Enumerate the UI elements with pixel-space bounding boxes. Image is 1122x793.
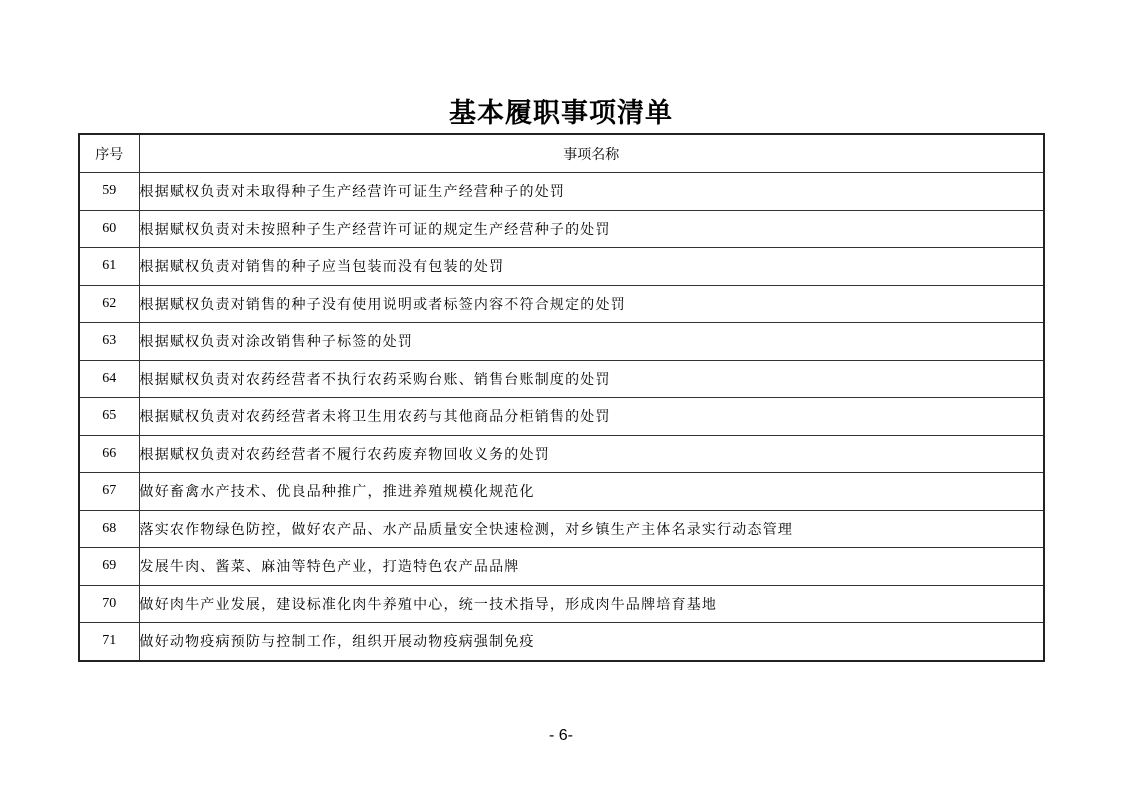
row-number: 64 (79, 360, 139, 398)
row-number: 67 (79, 473, 139, 511)
row-item-name: 做好动物疫病预防与控制工作，组织开展动物疫病强制免疫 (139, 623, 1044, 661)
row-number: 59 (79, 173, 139, 211)
table-row: 63 根据赋权负责对涂改销售种子标签的处罚 (79, 323, 1044, 361)
table-row: 68 落实农作物绿色防控，做好农产品、水产品质量安全快速检测，对乡镇生产主体名录… (79, 510, 1044, 548)
row-item-name: 做好畜禽水产技术、优良品种推广，推进养殖规模化规范化 (139, 473, 1044, 511)
duties-table: 序号 事项名称 59 根据赋权负责对未取得种子生产经营许可证生产经营种子的处罚 … (78, 133, 1045, 662)
row-number: 63 (79, 323, 139, 361)
row-number: 62 (79, 285, 139, 323)
row-item-name: 根据赋权负责对农药经营者不履行农药废弃物回收义务的处罚 (139, 435, 1044, 473)
page-number: - 6- (0, 727, 1122, 745)
row-item-name: 落实农作物绿色防控，做好农产品、水产品质量安全快速检测，对乡镇生产主体名录实行动… (139, 510, 1044, 548)
row-item-name: 根据赋权负责对农药经营者未将卫生用农药与其他商品分柜销售的处罚 (139, 398, 1044, 436)
document-title: 基本履职事项清单 (0, 96, 1122, 132)
row-item-name: 根据赋权负责对未按照种子生产经营许可证的规定生产经营种子的处罚 (139, 210, 1044, 248)
table-row: 59 根据赋权负责对未取得种子生产经营许可证生产经营种子的处罚 (79, 173, 1044, 211)
row-item-name: 根据赋权负责对销售的种子没有使用说明或者标签内容不符合规定的处罚 (139, 285, 1044, 323)
row-number: 65 (79, 398, 139, 436)
table-row: 71 做好动物疫病预防与控制工作，组织开展动物疫病强制免疫 (79, 623, 1044, 661)
row-number: 71 (79, 623, 139, 661)
table-row: 62 根据赋权负责对销售的种子没有使用说明或者标签内容不符合规定的处罚 (79, 285, 1044, 323)
table-row: 66 根据赋权负责对农药经营者不履行农药废弃物回收义务的处罚 (79, 435, 1044, 473)
row-item-name: 根据赋权负责对未取得种子生产经营许可证生产经营种子的处罚 (139, 173, 1044, 211)
table-row: 60 根据赋权负责对未按照种子生产经营许可证的规定生产经营种子的处罚 (79, 210, 1044, 248)
row-number: 66 (79, 435, 139, 473)
row-number: 60 (79, 210, 139, 248)
table-row: 61 根据赋权负责对销售的种子应当包装而没有包装的处罚 (79, 248, 1044, 286)
table-row: 65 根据赋权负责对农药经营者未将卫生用农药与其他商品分柜销售的处罚 (79, 398, 1044, 436)
header-serial-number: 序号 (79, 134, 139, 173)
row-number: 61 (79, 248, 139, 286)
table-row: 70 做好肉牛产业发展，建设标准化肉牛养殖中心，统一技术指导，形成肉牛品牌培育基… (79, 585, 1044, 623)
row-item-name: 根据赋权负责对农药经营者不执行农药采购台账、销售台账制度的处罚 (139, 360, 1044, 398)
row-number: 70 (79, 585, 139, 623)
table-row: 64 根据赋权负责对农药经营者不执行农药采购台账、销售台账制度的处罚 (79, 360, 1044, 398)
row-item-name: 根据赋权负责对销售的种子应当包装而没有包装的处罚 (139, 248, 1044, 286)
row-item-name: 做好肉牛产业发展，建设标准化肉牛养殖中心，统一技术指导，形成肉牛品牌培育基地 (139, 585, 1044, 623)
row-number: 69 (79, 548, 139, 586)
row-item-name: 发展牛肉、酱菜、麻油等特色产业，打造特色农产品品牌 (139, 548, 1044, 586)
table-header-row: 序号 事项名称 (79, 134, 1044, 173)
table-row: 69 发展牛肉、酱菜、麻油等特色产业，打造特色农产品品牌 (79, 548, 1044, 586)
header-item-name: 事项名称 (139, 134, 1044, 173)
row-item-name: 根据赋权负责对涂改销售种子标签的处罚 (139, 323, 1044, 361)
row-number: 68 (79, 510, 139, 548)
table-row: 67 做好畜禽水产技术、优良品种推广，推进养殖规模化规范化 (79, 473, 1044, 511)
